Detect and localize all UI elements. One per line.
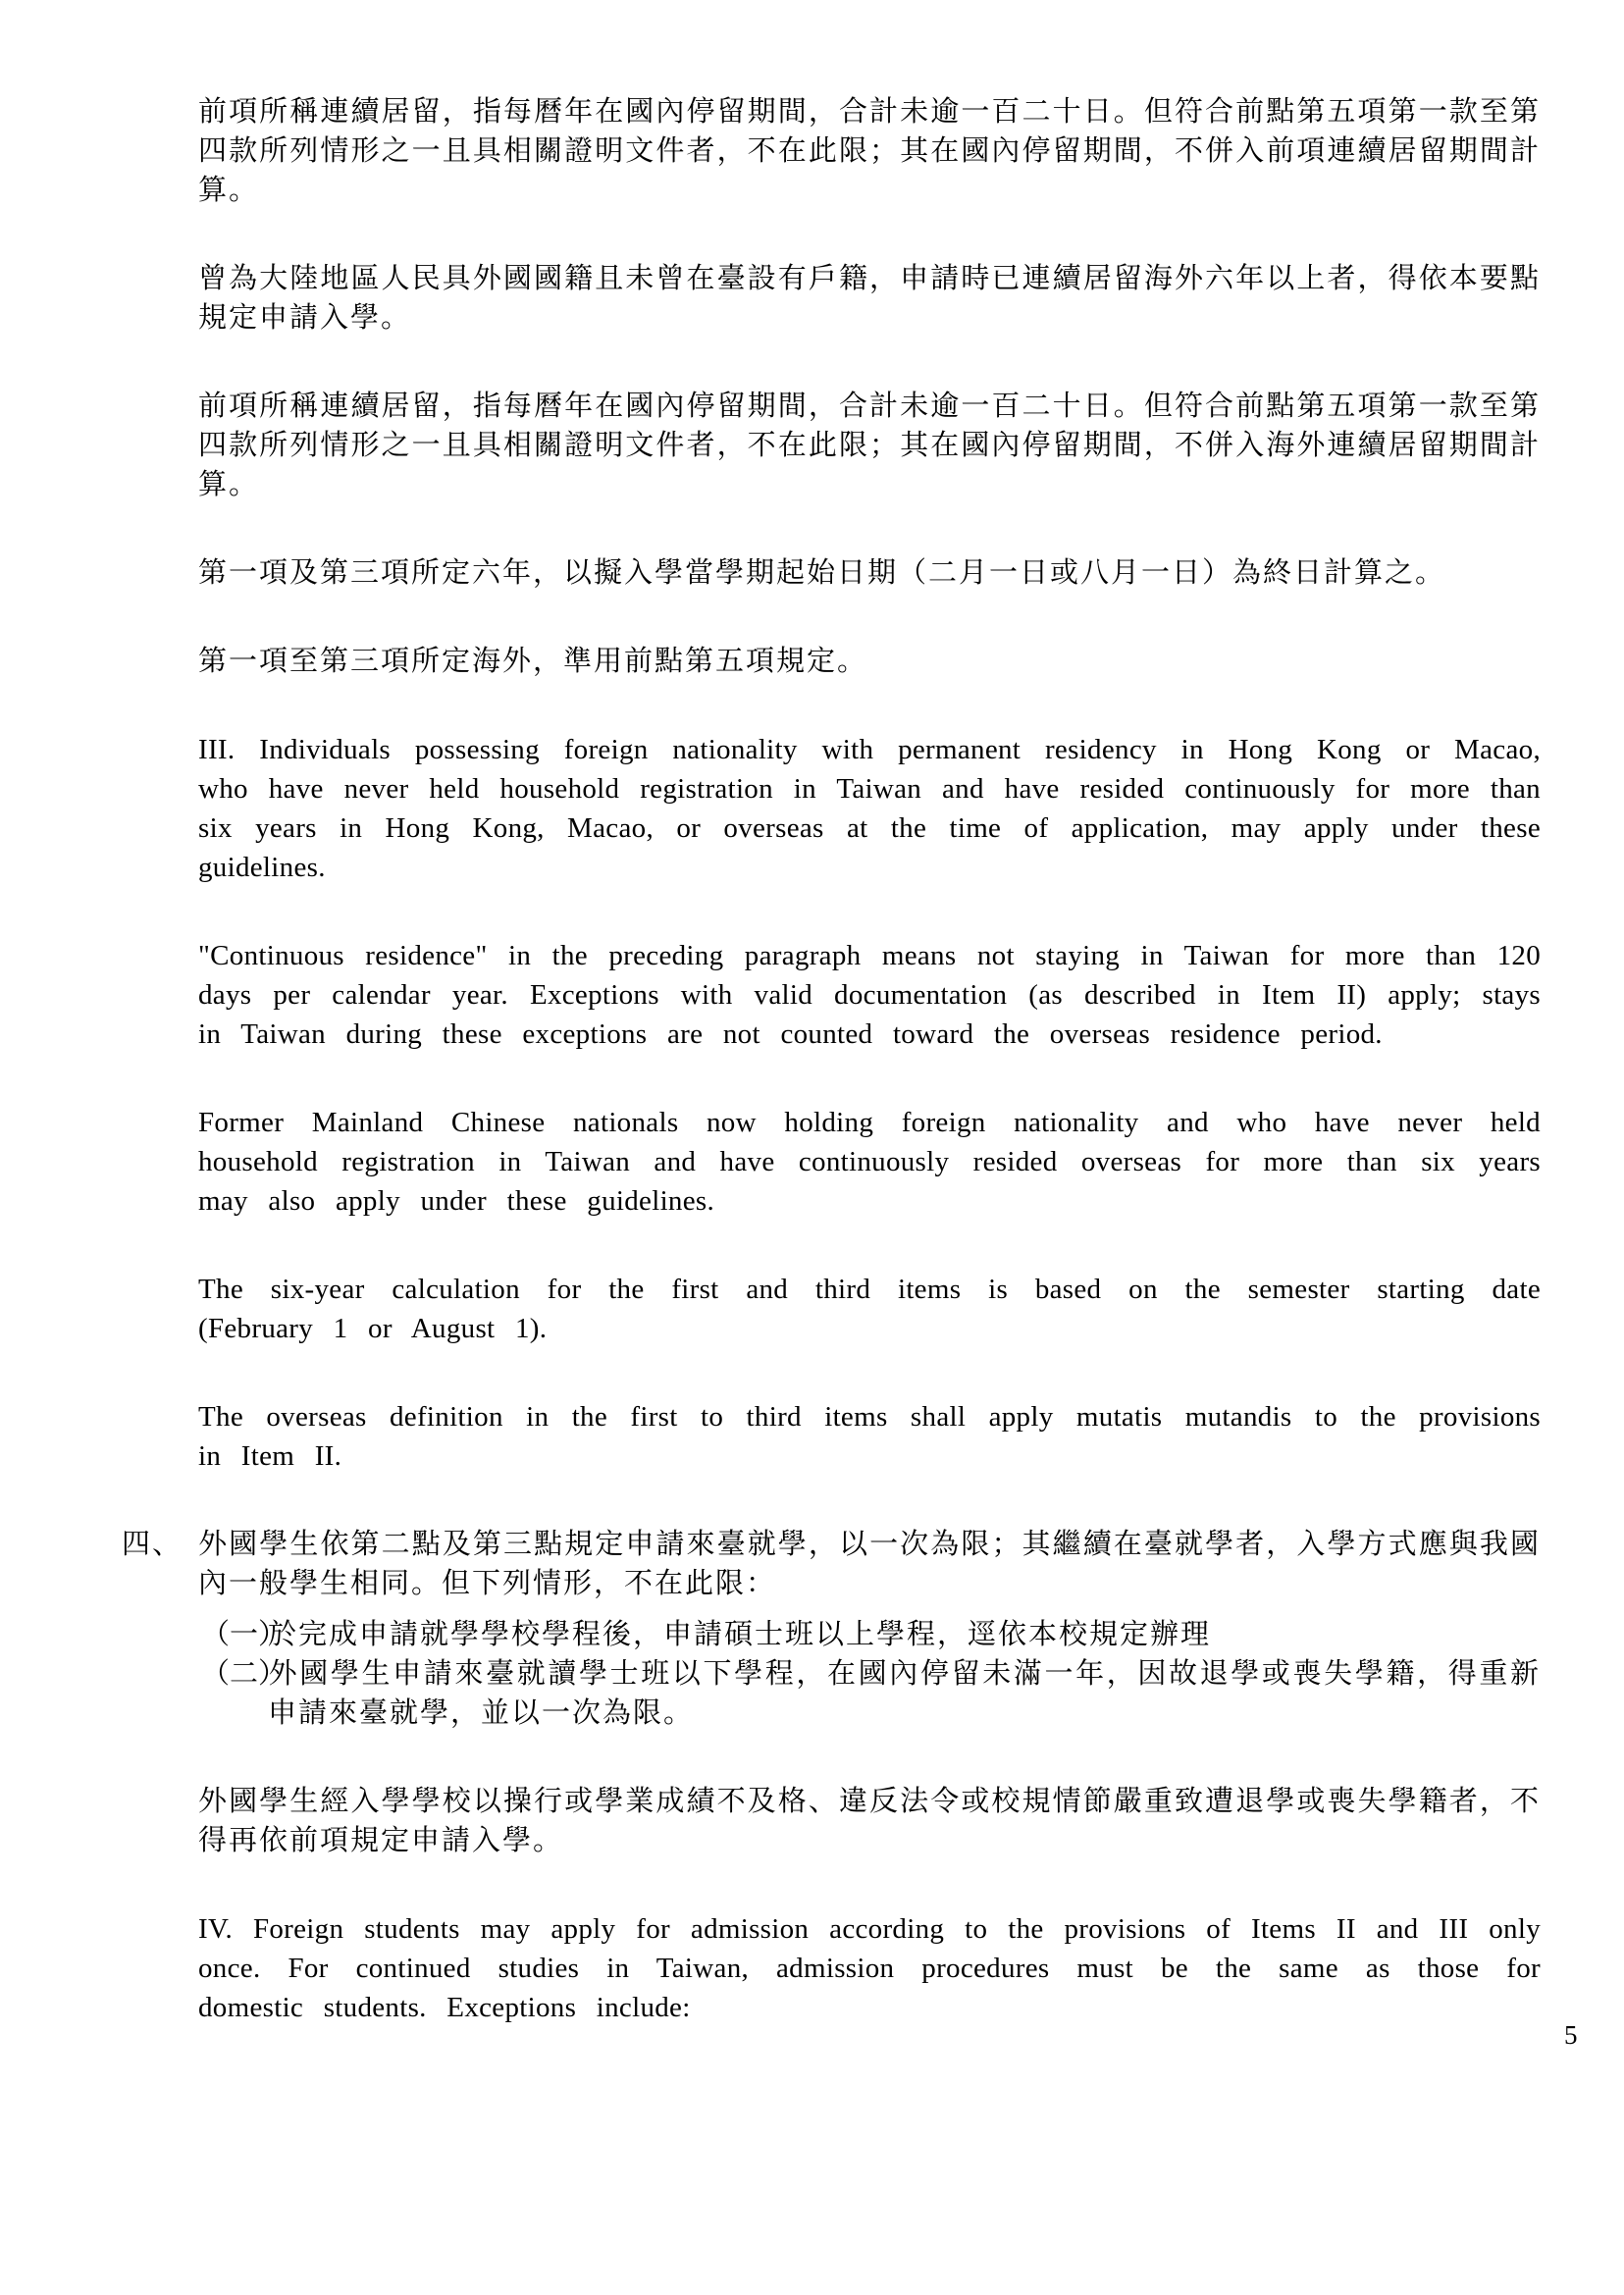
- page-number: 5: [1564, 2019, 1578, 2051]
- en-paragraph-item3: III. Individuals possessing foreign nati…: [198, 730, 1541, 887]
- zh-section-4-subitems: （一）於完成申請就學學校學程後，申請碩士班以上學程，逕依本校規定辦理 （二）外國…: [268, 1615, 1541, 1733]
- zh-paragraph-continuous-residence-1: 前項所稱連續居留，指每曆年在國內停留期間，合計未逾一百二十日。但符合前點第五項第…: [198, 92, 1541, 210]
- zh-paragraph-continuous-residence-2: 前項所稱連續居留，指每曆年在國內停留期間，合計未逾一百二十日。但符合前點第五項第…: [198, 387, 1541, 504]
- zh-section-4-subitem-2-text: 外國學生申請來臺就讀學士班以下學程，在國內停留未滿一年，因故退學或喪失學籍，得重…: [268, 1658, 1541, 1729]
- zh-section-4-intro: 四、外國學生依第二點及第三點規定申請來臺就學，以一次為限；其繼續在臺就學者，入學…: [198, 1525, 1541, 1603]
- zh-paragraph-six-year-calc: 第一項及第三項所定六年，以擬入學當學期起始日期（二月一日或八月一日）為終日計算之…: [198, 553, 1541, 593]
- zh-section-4-subitem-1: （一）於完成申請就學學校學程後，申請碩士班以上學程，逕依本校規定辦理: [268, 1615, 1541, 1654]
- zh-section-4-subitem-1-label: （一）: [201, 1615, 268, 1654]
- document-page: { "content": { "zh": { "p1": "前項所稱連續居留，指…: [0, 0, 1624, 2295]
- document-body: 前項所稱連續居留，指每曆年在國內停留期間，合計未逾一百二十日。但符合前點第五項第…: [198, 92, 1541, 2076]
- en-paragraph-former-mainland: Former Mainland Chinese nationals now ho…: [198, 1103, 1541, 1221]
- zh-section-4-marker: 四、: [122, 1525, 198, 1564]
- en-paragraph-six-year-calc: The six-year calculation for the first a…: [198, 1270, 1541, 1348]
- zh-section-4-subitem-2: （二）外國學生申請來臺就讀學士班以下學程，在國內停留未滿一年，因故退學或喪失學籍…: [268, 1654, 1541, 1733]
- zh-section-4-intro-text: 外國學生依第二點及第三點規定申請來臺就學，以一次為限；其繼續在臺就學者，入學方式…: [198, 1529, 1541, 1599]
- zh-paragraph-overseas-definition: 第一項至第三項所定海外，準用前點第五項規定。: [198, 642, 1541, 681]
- zh-section-4: 四、外國學生依第二點及第三點規定申請來臺就學，以一次為限；其繼續在臺就學者，入學…: [198, 1525, 1541, 1733]
- zh-paragraph-expulsion-rule: 外國學生經入學學校以操行或學業成績不及格、違反法令或校規情節嚴重致遭退學或喪失學…: [198, 1782, 1541, 1860]
- en-paragraph-continuous-residence: "Continuous residence" in the preceding …: [198, 936, 1541, 1054]
- zh-section-4-subitem-1-text: 於完成申請就學學校學程後，申請碩士班以上學程，逕依本校規定辦理: [268, 1619, 1211, 1650]
- zh-section-4-subitem-2-label: （二）: [201, 1654, 268, 1694]
- en-paragraph-item4: IV. Foreign students may apply for admis…: [198, 1909, 1541, 2027]
- en-paragraph-overseas-definition: The overseas definition in the first to …: [198, 1397, 1541, 1476]
- zh-paragraph-former-mainland: 曾為大陸地區人民具外國國籍且未曾在臺設有戶籍，申請時已連續居留海外六年以上者，得…: [198, 259, 1541, 338]
